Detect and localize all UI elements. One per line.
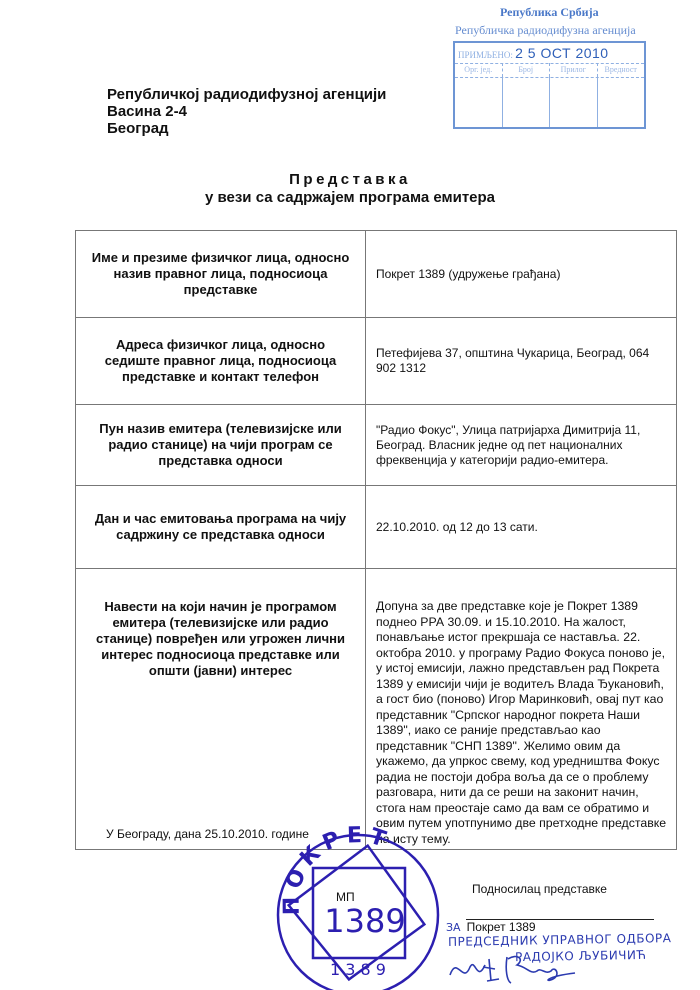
stamp-col-attachment: Прилог <box>550 63 598 77</box>
stamp-col-value: Вредност <box>598 63 645 77</box>
field-label-broadcaster: Пун назив емитера (телевизијске или ради… <box>76 405 366 486</box>
title-main: Представка <box>0 171 700 189</box>
submitter-label: Подносилац представке <box>472 882 607 896</box>
received-date: 2 5 ОСТ 2010 <box>515 45 608 61</box>
table-row: Навести на који начин је програмом емите… <box>76 569 677 850</box>
document-title: Представка у вези са садржајем програма … <box>0 171 700 207</box>
table-row: Пун назив емитера (телевизијске или ради… <box>76 405 677 486</box>
field-label-broadcast-time: Дан и час емитовања програма на чију сад… <box>76 486 366 569</box>
addressee-street: Васина 2-4 <box>107 103 386 120</box>
complaint-form-table: Име и презиме физичког лица, односно наз… <box>75 230 677 850</box>
registry-stamp: ПРИМЉЕНО: 2 5 ОСТ 2010 Орг. јед. Број Пр… <box>453 41 646 129</box>
registry-stamp-agency: Републичка радиодифузна агенција <box>455 23 636 38</box>
received-label: ПРИМЉЕНО: <box>458 50 513 60</box>
seal-center-number: 1389 <box>324 902 405 940</box>
seal-bottom-number: 1 3 8 9 <box>330 960 386 979</box>
signature-scribble <box>445 945 585 990</box>
table-row: Дан и час емитовања програма на чију сад… <box>76 486 677 569</box>
field-value-submitter-name: Покрет 1389 (удружење грађана) <box>366 231 677 318</box>
field-label-address: Адреса физичког лица, односно седиште пр… <box>76 318 366 405</box>
organization-name: Покрет 1389 <box>467 920 536 934</box>
handwritten-for-prefix: ЗА <box>446 921 461 934</box>
field-value-broadcast-time: 22.10.2010. од 12 до 13 сати. <box>366 486 677 569</box>
addressee-city: Београд <box>107 120 386 137</box>
stamp-col-org: Орг. јед. <box>455 63 503 77</box>
addressee-block: Републичкој радиодифузној агенцији Васин… <box>107 86 386 137</box>
title-subtitle: у вези са садржајем програма емитера <box>0 189 700 207</box>
signatory-organization: ЗАПокрет 1389 <box>446 920 536 934</box>
stamp-columns: Орг. јед. Број Прилог Вредност <box>455 63 644 78</box>
field-label-submitter-name: Име и презиме физичког лица, односно наз… <box>76 231 366 318</box>
field-label-violation: Навести на који начин је програмом емите… <box>76 569 366 850</box>
registry-stamp-title: Република Србија <box>500 5 599 20</box>
organization-seal: ПОКРЕТ 1389 1 3 8 9 <box>270 820 440 990</box>
seal-place-label: МП <box>336 890 355 904</box>
field-value-address: Петефијева 37, општина Чукарица, Београд… <box>366 318 677 405</box>
received-row: ПРИМЉЕНО: 2 5 ОСТ 2010 <box>455 43 644 64</box>
field-value-broadcaster: "Радио Фокус", Улица патријарха Димитриј… <box>366 405 677 486</box>
table-row: Име и презиме физичког лица, односно наз… <box>76 231 677 318</box>
addressee-name: Републичкој радиодифузној агенцији <box>107 86 386 103</box>
field-value-violation: Допуна за две представке које је Покрет … <box>366 569 677 850</box>
stamp-col-number: Број <box>503 63 551 77</box>
table-row: Адреса физичког лица, односно седиште пр… <box>76 318 677 405</box>
